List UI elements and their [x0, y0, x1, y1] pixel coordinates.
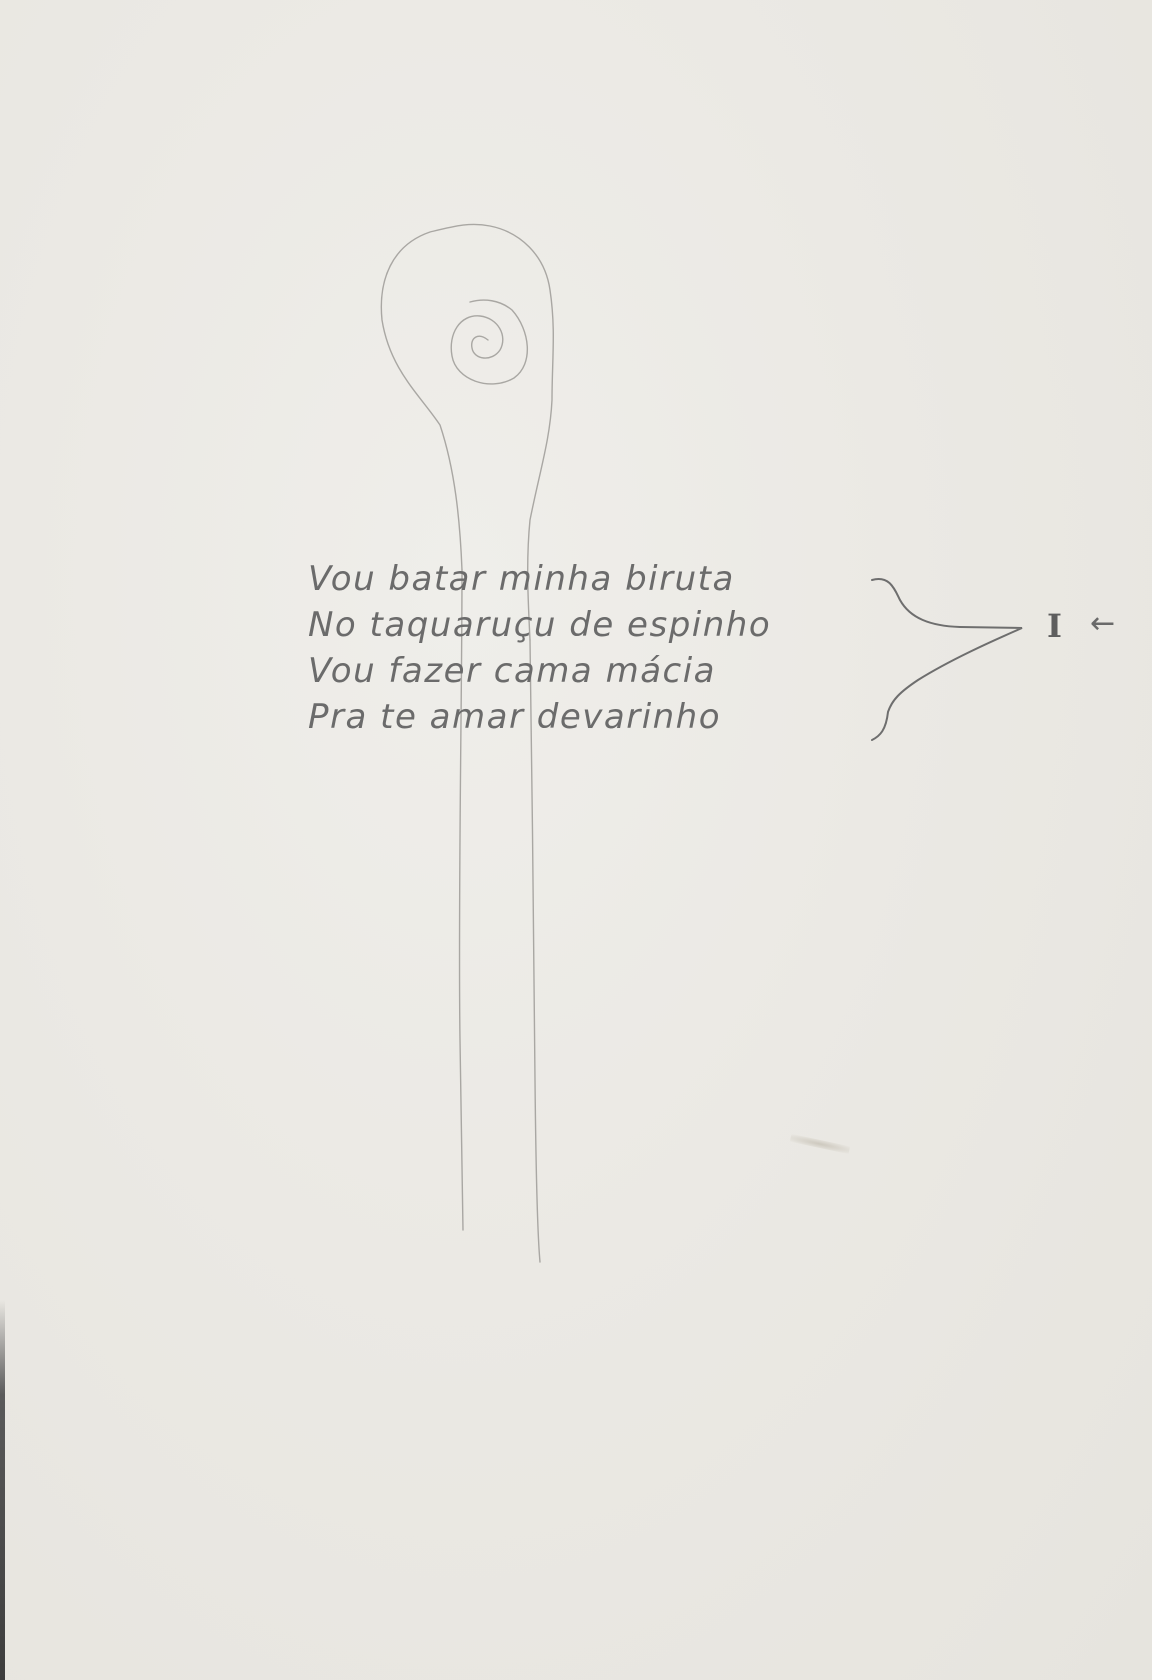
manuscript-page: Vou batar minha biruta No taquaruçu de e…: [0, 0, 1152, 1680]
sketch-spiral: [451, 300, 527, 384]
stanza-marker: I: [1047, 607, 1062, 645]
poem-line-3: Vou fazer cama mácia: [308, 648, 771, 694]
stanza-bracket: [872, 579, 1022, 740]
poem-line-2: No taquaruçu de espinho: [308, 602, 771, 648]
left-arrow-icon: ←: [1090, 606, 1115, 641]
poem-line-1: Vou batar minha biruta: [308, 556, 771, 602]
pencil-sketch: [0, 0, 1152, 1680]
poem-line-4: Pra te amar devarinho: [308, 694, 771, 740]
poem-stanza: Vou batar minha biruta No taquaruçu de e…: [308, 556, 771, 740]
